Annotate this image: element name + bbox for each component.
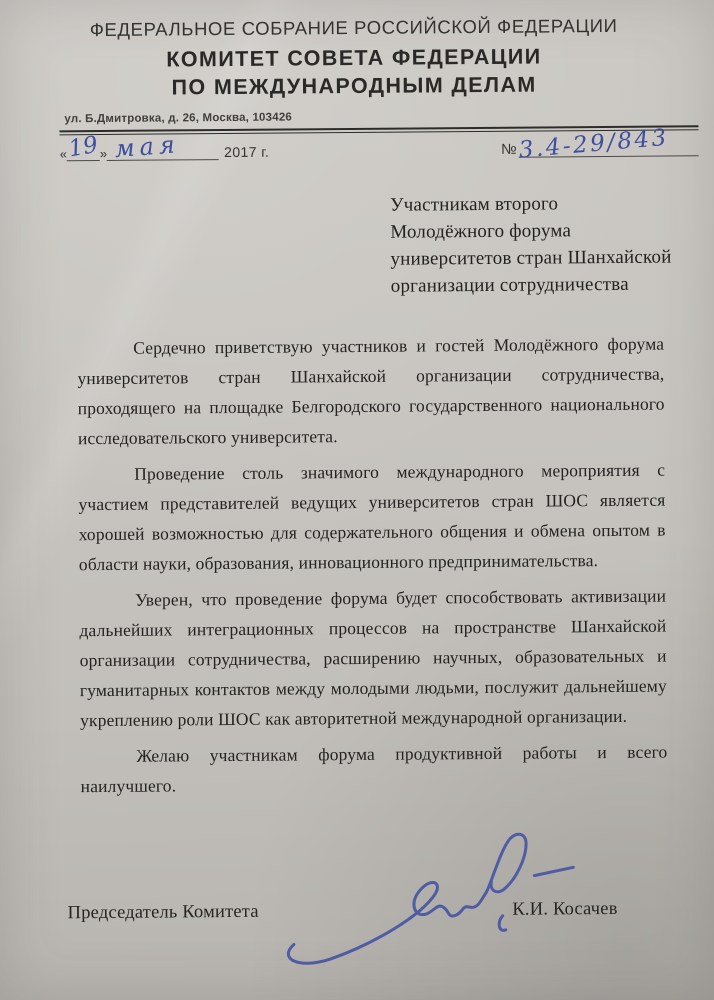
day-blank: 19 <box>67 143 100 161</box>
date-number-row: «19»мая2017 г. №3.4-29/843 <box>60 138 699 161</box>
body-paragraph: Сердечно приветствую участников и гостей… <box>77 329 665 454</box>
addressee-line: университетов стран Шанхайской <box>390 243 680 272</box>
letterhead-address: ул. Б.Дмитровка, д. 26, Москва, 103426 <box>64 112 292 126</box>
printed-year: 2017 г. <box>224 144 269 160</box>
letterhead-committee-line: КОМИТЕТ СОВЕТА ФЕДЕРАЦИИ <box>0 43 711 74</box>
letter-body: Сердечно приветствую участников и гостей… <box>77 329 668 808</box>
month-blank: мая <box>107 142 219 161</box>
number-field: №3.4-29/843 <box>501 138 699 158</box>
addressee-block: Участникам второго Молодёжного форума ун… <box>390 189 681 299</box>
addressee-line: организации сотрудничества <box>391 270 681 299</box>
handwritten-day: 19 <box>67 132 100 162</box>
number-blank: 3.4-29/843 <box>519 138 699 157</box>
signer-title: Председатель Комитета <box>68 902 259 925</box>
handwritten-signature <box>271 820 584 974</box>
signer-name: К.И. Косачев <box>512 899 617 921</box>
date-field: «19»мая2017 г. <box>60 142 270 162</box>
scanned-letter-photo: ФЕДЕРАЛЬНОЕ СОБРАНИЕ РОССИЙСКОЙ ФЕДЕРАЦИ… <box>0 0 714 1000</box>
letter-page: ФЕДЕРАЛЬНОЕ СОБРАНИЕ РОССИЙСКОЙ ФЕДЕРАЦИ… <box>0 0 714 1000</box>
addressee-line: Участникам второго <box>390 189 680 218</box>
handwritten-month: мая <box>114 130 181 163</box>
letterhead-committee-line2: ПО МЕЖДУНАРОДНЫМ ДЕЛАМ <box>0 71 711 102</box>
open-quote: « <box>60 146 67 161</box>
letterhead-parliament-line: ФЕДЕРАЛЬНОЕ СОБРАНИЕ РОССИЙСКОЙ ФЕДЕРАЦИ… <box>0 0 711 42</box>
close-quote: » <box>100 146 107 161</box>
body-paragraph: Уверен, что проведение форума будет спос… <box>79 581 667 736</box>
addressee-line: Молодёжного форума <box>390 216 680 245</box>
number-sign: № <box>501 142 517 158</box>
body-paragraph: Проведение столь значимого международног… <box>78 455 666 580</box>
body-paragraph: Желаю участникам форума продуктивной раб… <box>80 737 667 802</box>
signature-row: Председатель Комитета К.И. Косачев <box>68 899 656 925</box>
